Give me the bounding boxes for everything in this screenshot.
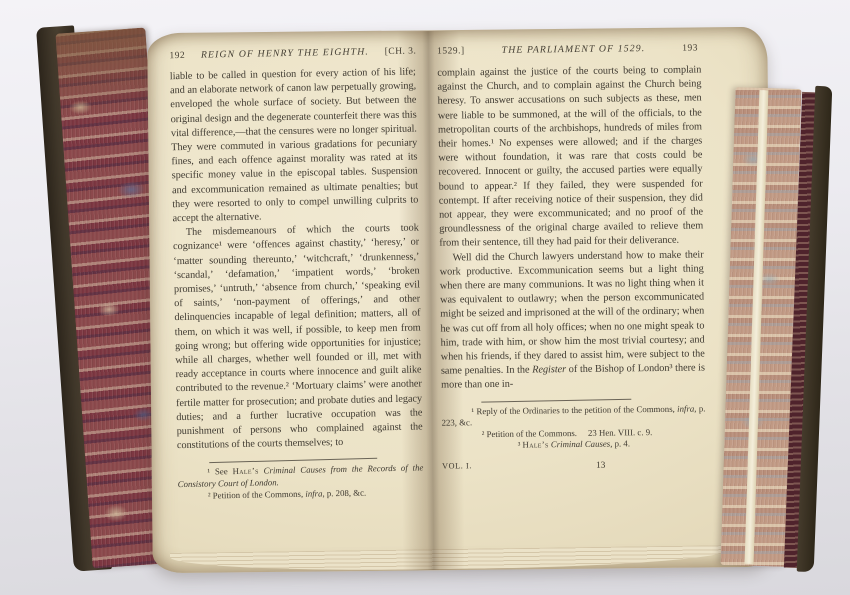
- footnote-text: ² Petition of the Commons,: [208, 488, 306, 500]
- body-text: Well did the Church lawyers understand h…: [440, 249, 705, 377]
- footnote-italic: infra: [305, 488, 322, 498]
- footnote-rule: [481, 398, 631, 402]
- date-mark: 1529.]: [437, 46, 465, 56]
- footnote-text: , p. 208, &c.: [322, 487, 366, 498]
- footnote-text: ² Petition of the Commons. 23 Hen. VIII.…: [482, 427, 653, 439]
- right-page-body: complain against the justice of the cour…: [437, 63, 705, 393]
- body-paragraph: liable to be called in question for ever…: [170, 65, 419, 226]
- right-page-number: 193: [682, 43, 698, 53]
- right-page-footer: VOL. I. 13: [442, 452, 717, 473]
- footnote-text: ¹ See: [207, 467, 232, 477]
- footnote-italic: Criminal Causes: [549, 439, 611, 450]
- left-page-header: 192 REIGN OF HENRY THE EIGHTH. [CH. 3.: [169, 45, 416, 61]
- footnote-text: ¹ Reply of the Ordinaries to the petitio…: [471, 403, 677, 416]
- left-footnotes: ¹ See Hale’s Criminal Causes from the Re…: [177, 458, 424, 502]
- volume-mark: VOL. I.: [442, 461, 472, 470]
- left-page-body: liable to be called in question for ever…: [170, 65, 423, 453]
- left-page-number: 192: [169, 51, 185, 61]
- right-running-title: THE PARLIAMENT OF 1529.: [465, 43, 683, 57]
- chapter-mark: [CH. 3.: [385, 46, 417, 57]
- footnote-rule: [209, 458, 377, 463]
- right-page: 1529.] THE PARLIAMENT OF 1529. 193 compl…: [431, 36, 718, 549]
- footnote: ¹ Reply of the Ordinaries to the petitio…: [441, 403, 705, 429]
- right-footnotes: ¹ Reply of the Ordinaries to the petitio…: [441, 398, 706, 453]
- body-paragraph: complain against the justice of the cour…: [437, 63, 703, 251]
- footnote-text: , p. 4.: [610, 439, 630, 449]
- body-italic: Register: [532, 364, 566, 375]
- left-running-title: REIGN OF HENRY THE EIGHTH.: [185, 46, 385, 61]
- footnote-italic: infra: [677, 403, 694, 413]
- book-photo: 192 REIGN OF HENRY THE EIGHTH. [CH. 3. l…: [0, 0, 850, 595]
- footnote-smallcaps: Hale’s: [522, 440, 548, 450]
- signature-mark: 13: [596, 461, 605, 471]
- right-page-header: 1529.] THE PARLIAMENT OF 1529. 193: [437, 42, 698, 56]
- body-paragraph: Well did the Church lawyers understand h…: [439, 248, 705, 393]
- footnote-smallcaps: Hale’s: [233, 466, 259, 476]
- body-paragraph: The misdemeanours of which the courts to…: [173, 222, 423, 454]
- left-page: 192 REIGN OF HENRY THE EIGHTH. [CH. 3. l…: [145, 37, 430, 547]
